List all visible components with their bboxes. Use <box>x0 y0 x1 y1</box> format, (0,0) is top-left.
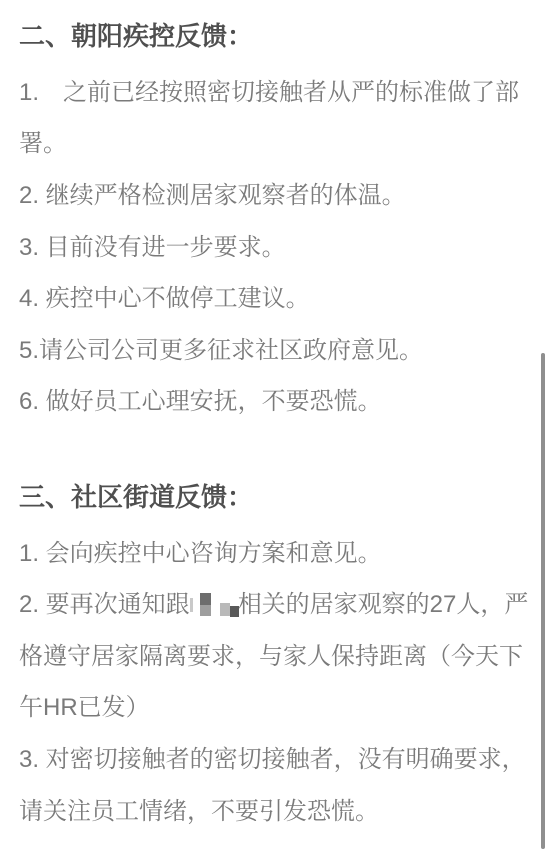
text-segment: 3. 对密切接触者的密切接触者，没有明确要求， <box>19 739 526 774</box>
text-line: 请关注员工情绪，不要引发恐慌。 <box>19 782 537 834</box>
mosaic-block <box>230 606 239 617</box>
list-item: 1. 之前已经按照密切接触者从严的标准做了部署。 <box>19 64 537 167</box>
list-item: 2. 要再次通知跟相关的居家观察的27人，严格遵守居家隔离要求，与家人保持距离（… <box>19 576 537 731</box>
text-segment: 1. 会向疾控中心咨询方案和意见。 <box>19 533 382 568</box>
text-line: 4. 疾控中心不做停工建议。 <box>19 270 537 322</box>
text-line: 1. 之前已经按照密切接触者从严的标准做了部 <box>19 64 537 116</box>
section: 三、社区街道反馈：1. 会向疾控中心咨询方案和意见。2. 要再次通知跟相关的居家… <box>19 470 537 834</box>
text-segment: 2. 要再次通知跟 <box>19 584 190 619</box>
mosaic-block <box>200 593 211 605</box>
document-screenshot: 二、朝阳疾控反馈：1. 之前已经按照密切接触者从严的标准做了部署。2. 继续严格… <box>0 0 550 849</box>
list-item: 6. 做好员工心理安抚，不要恐慌。 <box>19 373 537 425</box>
list-item: 4. 疾控中心不做停工建议。 <box>19 270 537 322</box>
list-item: 5.请公司公司更多征求社区政府意见。 <box>19 322 537 374</box>
text-line: 6. 做好员工心理安抚，不要恐慌。 <box>19 373 537 425</box>
text-segment: 请关注员工情绪，不要引发恐慌。 <box>19 791 379 826</box>
text-segment: 1. 之前已经按照密切接触者从严的标准做了部 <box>19 72 519 107</box>
redacted-mosaic <box>190 591 238 617</box>
text-line: 2. 要再次通知跟相关的居家观察的27人，严 <box>19 576 537 628</box>
document-body: 二、朝阳疾控反馈：1. 之前已经按照密切接触者从严的标准做了部署。2. 继续严格… <box>0 0 550 834</box>
text-line: 格遵守居家隔离要求，与家人保持距离（今天下 <box>19 628 537 680</box>
text-segment: 5.请公司公司更多征求社区政府意见。 <box>19 330 423 365</box>
section-heading: 三、社区街道反馈： <box>19 470 537 522</box>
section: 二、朝阳疾控反馈：1. 之前已经按照密切接触者从严的标准做了部署。2. 继续严格… <box>19 9 537 425</box>
text-segment: 3. 目前没有进一步要求。 <box>19 227 286 262</box>
text-segment: 相关的居家观察的27人，严 <box>238 584 529 619</box>
section-heading: 二、朝阳疾控反馈： <box>19 9 537 61</box>
mosaic-block <box>190 598 193 612</box>
mosaic-block <box>200 605 211 616</box>
text-line: 2. 继续严格检测居家观察者的体温。 <box>19 167 537 219</box>
list-item: 3. 目前没有进一步要求。 <box>19 218 537 270</box>
text-line: 3. 目前没有进一步要求。 <box>19 218 537 270</box>
list-item: 2. 继续严格检测居家观察者的体温。 <box>19 167 537 219</box>
text-line: 午HR已发） <box>19 679 537 731</box>
text-segment: 2. 继续严格检测居家观察者的体温。 <box>19 175 406 210</box>
list-item: 1. 会向疾控中心咨询方案和意见。 <box>19 524 537 576</box>
text-segment: 署。 <box>19 123 67 158</box>
text-segment: 午HR已发） <box>19 687 150 722</box>
mosaic-block <box>220 603 230 616</box>
text-segment: 格遵守居家隔离要求，与家人保持距离（今天下 <box>19 636 523 671</box>
text-segment: 4. 疾控中心不做停工建议。 <box>19 278 310 313</box>
text-line: 1. 会向疾控中心咨询方案和意见。 <box>19 524 537 576</box>
text-line: 5.请公司公司更多征求社区政府意见。 <box>19 322 537 374</box>
scrollbar-thumb[interactable] <box>541 353 545 849</box>
list-item: 3. 对密切接触者的密切接触者，没有明确要求，请关注员工情绪，不要引发恐慌。 <box>19 731 537 834</box>
text-segment: 6. 做好员工心理安抚，不要恐慌。 <box>19 381 382 416</box>
text-line: 署。 <box>19 115 537 167</box>
text-line: 3. 对密切接触者的密切接触者，没有明确要求， <box>19 731 537 783</box>
